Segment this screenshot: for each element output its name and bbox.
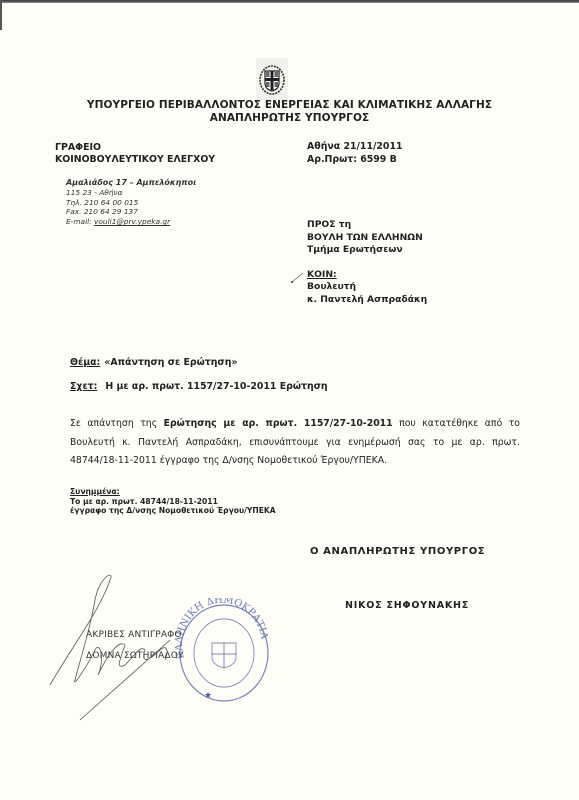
address-street: Αμαλιάδος 17 – Αμπελόκηποι (66, 178, 196, 188)
address-fax: Fax. 210 64 29 137 (66, 207, 196, 217)
greek-coat-of-arms-icon (256, 58, 288, 100)
reference-line: Σχετ:Η με αρ. πρωτ. 1157/27-10-2011 Ερώτ… (70, 381, 328, 392)
to-label: ΠΡΟΣ τη (307, 219, 427, 232)
enclosures-block: Συνημμένα: Το με αρ. πρωτ. 48744/18-11-2… (70, 487, 276, 516)
date-protocol-block: Αθήνα 21/11/2011 Αρ.Πρωτ: 6599 Β (307, 140, 403, 166)
ministry-position: ΑΝΑΠΛΗΡΩΤΗΣ ΥΠΟΥΡΓΟΣ (0, 112, 579, 125)
svg-text:★: ★ (204, 691, 212, 701)
reference-label: Σχετ: (70, 381, 97, 392)
cc-line-2: κ. Παντελή Ασπραδάκη (307, 294, 427, 307)
recipient-block: ΠΡΟΣ τη ΒΟΥΛΗ ΤΩΝ ΕΛΛΗΝΩΝ Τμήμα Ερωτήσεω… (307, 219, 427, 306)
protocol-number: Αρ.Πρωτ: 6599 Β (307, 153, 403, 166)
to-line-1: ΒΟΥΛΗ ΤΩΝ ΕΛΛΗΝΩΝ (307, 232, 427, 245)
scan-top-edge (0, 0, 579, 3)
enclosures-label: Συνημμένα: (70, 487, 276, 497)
email-label: E-mail: (66, 217, 94, 226)
cc-line-1: Βουλευτή (307, 281, 427, 294)
to-line-2: Τμήμα Ερωτήσεων (307, 244, 427, 257)
body-text-bold: Ερώτησης με αρ. πρωτ. 1157/27-10-2011 (164, 418, 393, 429)
body-text-1: Σε απάντηση της (70, 418, 164, 429)
signer-name: ΝΙΚΟΣ ΣΗΦΟΥΝΑΚΗΣ (345, 600, 469, 611)
address-email-row: E-mail: vouli1@prv.ypeka.gr (66, 217, 196, 227)
office-line-2: ΚΟΙΝΟΒΟΥΛΕΥΤΙΚΟΥ ΕΛΕΓΧΟΥ (55, 154, 215, 166)
subject-label: Θέμα: (70, 357, 100, 368)
official-stamp-icon: ΕΛΛΗΝΙΚΗ ΔΗΜΟΚΡΑΤΙΑ ★ (172, 598, 272, 708)
ministry-name: ΥΠΟΥΡΓΕΙΟ ΠΕΡΙΒΑΛΛΟΝΤΟΣ ΕΝΕΡΓΕΙΑΣ ΚΑΙ ΚΛ… (0, 99, 579, 112)
email-link[interactable]: vouli1@prv.ypeka.gr (94, 217, 170, 226)
enclosure-line-1: Το με αρ. πρωτ. 48744/18-11-2011 (70, 497, 276, 507)
office-block: ΓΡΑΦΕΙΟ ΚΟΙΝΟΒΟΥΛΕΥΤΙΚΟΥ ΕΛΕΓΧΟΥ (55, 142, 215, 166)
scan-left-edge (0, 0, 2, 30)
address-city: 115 23 - Αθήνα (66, 188, 196, 198)
signer-title: Ο ΑΝΑΠΛΗΡΩΤΗΣ ΥΠΟΥΡΓΟΣ (310, 546, 485, 557)
address-block: Αμαλιάδος 17 – Αμπελόκηποι 115 23 - Αθήν… (66, 178, 196, 227)
subject-text: «Απάντηση σε Ερώτηση» (104, 357, 237, 368)
address-phone: Τηλ. 210 64 00 015 (66, 198, 196, 208)
body-paragraph: Σε απάντηση της Ερώτησης με αρ. πρωτ. 11… (70, 415, 520, 471)
ministry-header: ΥΠΟΥΡΓΕΙΟ ΠΕΡΙΒΑΛΛΟΝΤΟΣ ΕΝΕΡΓΕΙΑΣ ΚΑΙ ΚΛ… (0, 99, 579, 125)
enclosure-line-2: έγγραφο της Δ/νσης Νομοθετικού Έργου/ΥΠΕ… (70, 506, 276, 516)
svg-text:ΕΛΛΗΝΙΚΗ ΔΗΜΟΚΡΑΤΙΑ: ΕΛΛΗΝΙΚΗ ΔΗΜΟΚΡΑΤΙΑ (174, 598, 270, 660)
reference-text: Η με αρ. πρωτ. 1157/27-10-2011 Ερώτηση (105, 381, 327, 392)
document-date: Αθήνα 21/11/2011 (307, 140, 403, 153)
pen-tick-mark-icon (290, 272, 304, 284)
cc-label: ΚΟΙΝ: (307, 269, 337, 280)
subject-line: Θέμα:«Απάντηση σε Ερώτηση» (70, 357, 237, 369)
office-line-1: ΓΡΑΦΕΙΟ (55, 142, 215, 154)
